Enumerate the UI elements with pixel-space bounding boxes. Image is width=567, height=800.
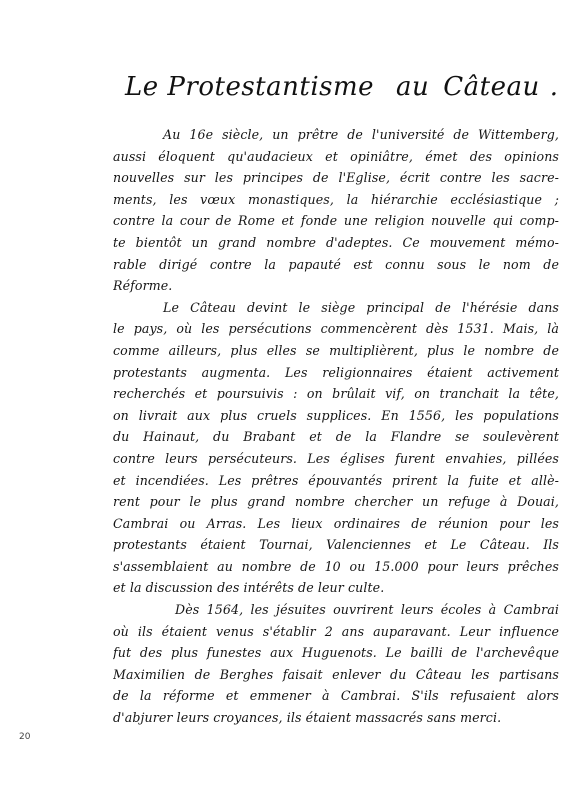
text-line: ments, les vœux monastiques, la hiérarch… bbox=[113, 189, 559, 211]
text-line: Au 16e siècle, un prêtre de l'université… bbox=[113, 124, 559, 146]
text-line: et incendiées. Les prêtres épouvantés pr… bbox=[113, 470, 559, 492]
text-line: où ils étaient venus s'établir 2 ans aup… bbox=[113, 621, 559, 643]
text-line: Maximilien de Berghes faisait enlever du… bbox=[113, 664, 559, 686]
paragraph-2: Le Câteau devint le siège principal de l… bbox=[113, 297, 559, 599]
text-line: s'assemblaient au nombre de 10 ou 15.000… bbox=[113, 556, 559, 578]
text-line: nouvelles sur les principes de l'Eglise,… bbox=[113, 167, 559, 189]
paragraph-3: Dès 1564, les jésuites ouvrirent leurs é… bbox=[113, 599, 559, 729]
text-line: Le Câteau devint le siège principal de l… bbox=[113, 297, 559, 319]
title-part-2: au bbox=[396, 72, 429, 102]
text-line: protestants étaient Tournai, Valencienne… bbox=[113, 534, 559, 556]
text-line: rable dirigé contre la papauté est connu… bbox=[113, 254, 559, 276]
text-line: aussi éloquent qu'audacieux et opiniâtre… bbox=[113, 146, 559, 168]
text-line: de la réforme et emmener à Cambrai. S'il… bbox=[113, 685, 559, 707]
text-line: contre leurs persécuteurs. Les églises f… bbox=[113, 448, 559, 470]
text-line: du Hainaut, du Brabant et de la Flandre … bbox=[113, 426, 559, 448]
text-line: recherchés et poursuivis : on brûlait vi… bbox=[113, 383, 559, 405]
text-line: Réforme. bbox=[113, 275, 559, 297]
title-part-3: Câteau bbox=[443, 72, 539, 102]
title-period: . bbox=[550, 72, 559, 102]
body-text: Au 16e siècle, un prêtre de l'université… bbox=[113, 124, 559, 729]
text-line: fut des plus funestes aux Huguenots. Le … bbox=[113, 642, 559, 664]
text-line: d'abjurer leurs croyances, ils étaient m… bbox=[113, 707, 559, 729]
title-part-1: Le Protestantisme bbox=[125, 72, 374, 102]
text-line: protestants augmenta. Les religionnaires… bbox=[113, 362, 559, 384]
document-title: Le ProtestantismeauCâteau. bbox=[125, 72, 485, 102]
text-line: le pays, où les persécutions commencèren… bbox=[113, 318, 559, 340]
text-line: contre la cour de Rome et fonde une reli… bbox=[113, 210, 559, 232]
text-line: et la discussion des intérêts de leur cu… bbox=[113, 577, 559, 599]
text-line: Cambrai ou Arras. Les lieux ordinaires d… bbox=[113, 513, 559, 535]
text-line: te bientôt un grand nombre d'adeptes. Ce… bbox=[113, 232, 559, 254]
text-line: Dès 1564, les jésuites ouvrirent leurs é… bbox=[113, 599, 559, 621]
page-number: 20 bbox=[19, 732, 30, 742]
manuscript-page: Le ProtestantismeauCâteau. Au 16e siècle… bbox=[0, 0, 567, 800]
text-line: comme ailleurs, plus elles se multiplièr… bbox=[113, 340, 559, 362]
text-line: on livrait aux plus cruels supplices. En… bbox=[113, 405, 559, 427]
paragraph-1: Au 16e siècle, un prêtre de l'université… bbox=[113, 124, 559, 297]
text-line: rent pour le plus grand nombre chercher … bbox=[113, 491, 559, 513]
